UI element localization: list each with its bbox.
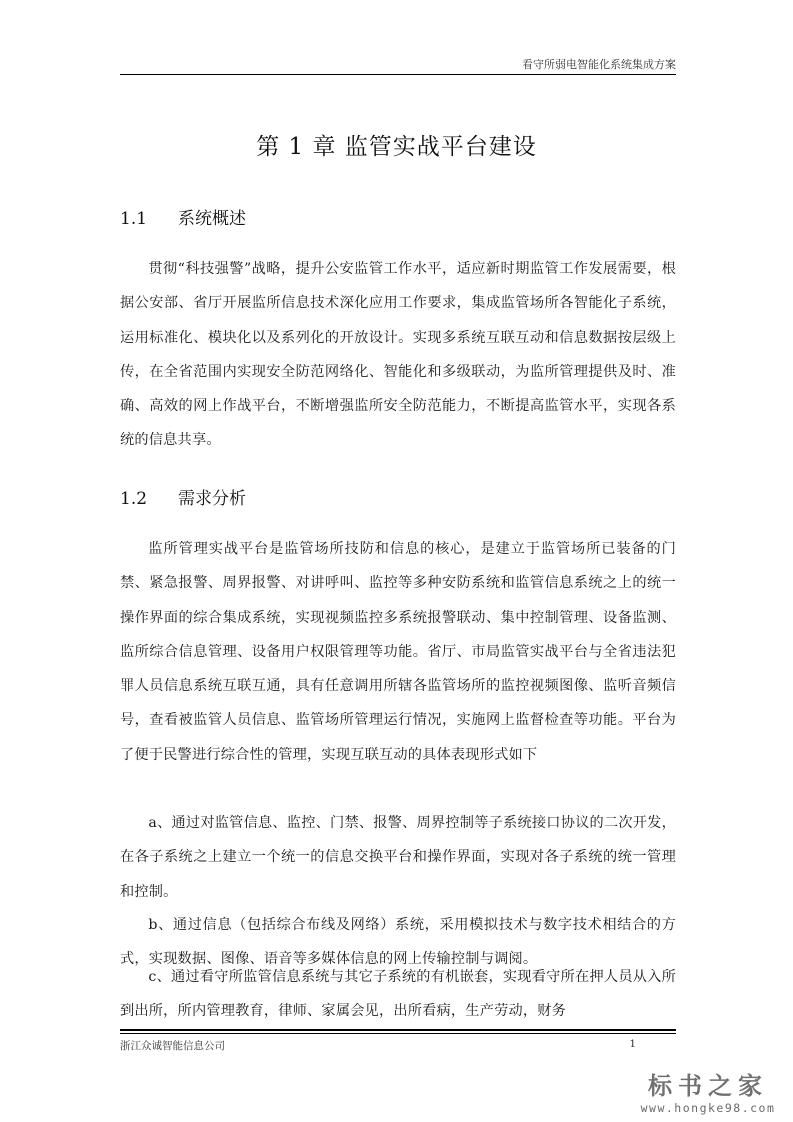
paragraph-item-c: c、通过看守所监管信息系统与其它子系统的有机嵌套，实现看守所在押人员从入所到出所…: [120, 960, 676, 1029]
page-header: 看守所弱电智能化系统集成方案: [120, 56, 676, 75]
watermark-title: 标书之家: [628, 1066, 788, 1101]
page-footer: 浙江众诚智能信息公司 1: [120, 1029, 676, 1052]
watermark: 标书之家 www.hongke98.com: [628, 1066, 788, 1115]
header-title: 看守所弱电智能化系统集成方案: [522, 56, 676, 72]
section-number: 1.2: [120, 489, 178, 509]
watermark-url: www.hongke98.com: [628, 1101, 788, 1115]
footer-rule-thick: [120, 1029, 676, 1031]
page-number: 1: [629, 1038, 636, 1050]
paragraph-item-a: a、通过对监管信息、监控、门禁、报警、周界控制等子系统接口协议的二次开发，在各子…: [120, 806, 676, 909]
footer-rule-thin: [120, 1033, 676, 1034]
paragraph-overview: 贯彻“科技强警”战略，提升公安监管工作水平，适应新时期监管工作发展需要，根据公安…: [120, 252, 676, 458]
section-heading-1-2: 1.2需求分析: [120, 484, 246, 509]
section-title: 系统概述: [178, 209, 246, 229]
footer-company: 浙江众诚智能信息公司: [120, 1038, 225, 1053]
paragraph-requirements: 监所管理实战平台是监管场所技防和信息的核心，是建立于监管场所已装备的门禁、紧急报…: [120, 532, 676, 772]
section-number: 1.1: [120, 209, 178, 229]
section-title: 需求分析: [178, 489, 246, 509]
chapter-title: 第 1 章 监管实战平台建设: [0, 128, 793, 161]
section-heading-1-1: 1.1系统概述: [120, 204, 246, 229]
